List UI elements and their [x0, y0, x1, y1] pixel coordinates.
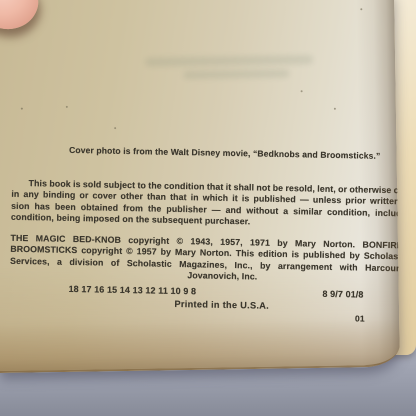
page-curl-shadow	[356, 0, 400, 365]
paper-specks	[21, 108, 23, 110]
book-page: Cover photo is from the Walt Disney movi…	[0, 0, 400, 373]
copyright-notice-paragraph: THEMAGICBED-KNOBcopyright©1943,1957,1971…	[10, 232, 400, 286]
cover-credit-line: Cover photo is from the Walt Disney movi…	[12, 144, 400, 164]
sale-conditions-paragraph: Thisbookissoldsubjecttotheconditionthati…	[11, 177, 400, 231]
ink-showthrough-smudge	[145, 55, 313, 67]
page-bottom-shading	[0, 319, 400, 371]
ink-showthrough-smudge	[183, 69, 289, 79]
print-date-code: 8 9/7 01/8	[322, 289, 363, 301]
photo-of-book-copyright-page: Cover photo is from the Walt Disney movi…	[0, 0, 416, 416]
copyright-page-text: Cover photo is from the Walt Disney movi…	[9, 140, 400, 315]
print-run-countdown: 18 17 16 15 14 13 12 11 10 9 8	[68, 284, 196, 298]
